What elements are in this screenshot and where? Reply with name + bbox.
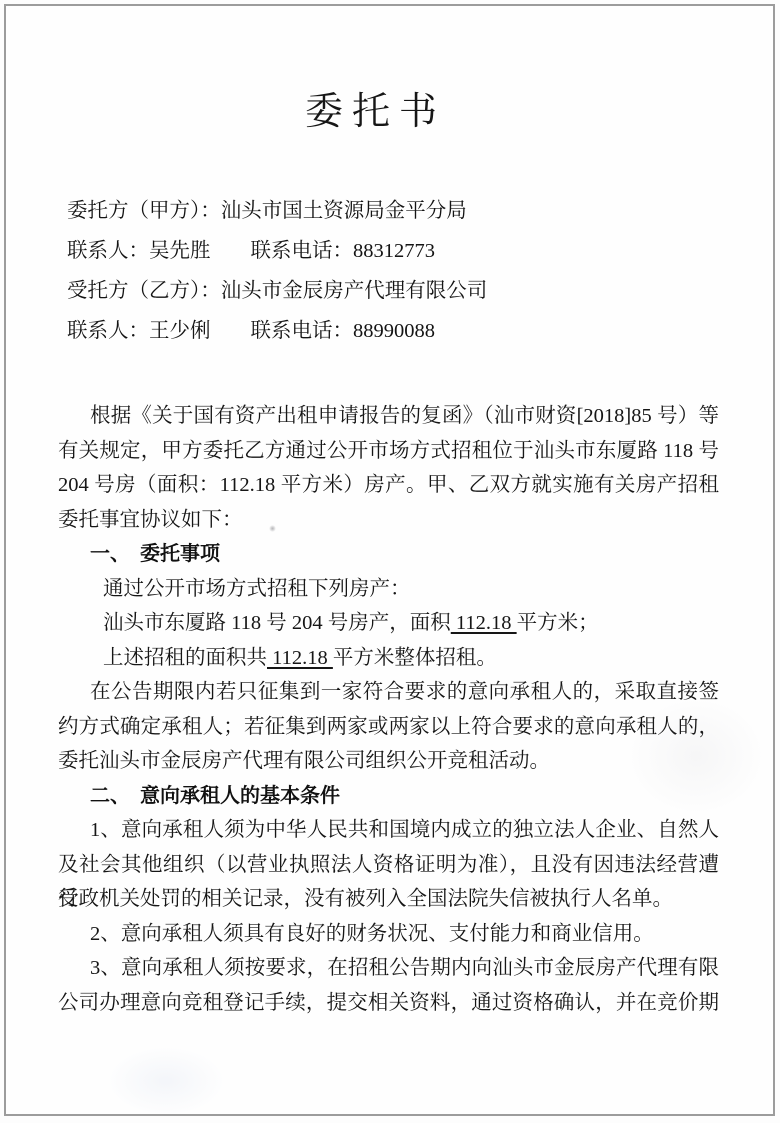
contact-phone-label: 联系电话： bbox=[251, 320, 354, 342]
contact-person-label: 联系人： bbox=[67, 240, 149, 262]
text-line: 行政机关处罚的相关记录，没有被列入全国法院失信被执行人名单。 bbox=[58, 882, 719, 917]
text-line: 1、意向承租人须为中华人民共和国境内成立的独立法人企业、自然人 bbox=[58, 813, 719, 848]
trustee-contact-line: 联系人：王少俐联系电话：88990088 bbox=[67, 311, 487, 351]
text-line: 有关规定，甲方委托乙方通过公开市场方式招租位于汕头市东厦路 118 号 bbox=[58, 434, 719, 469]
text-segment: 在公告期限内若只征集到一家符合要求的意向承租人的，采取直接签 bbox=[90, 681, 719, 703]
text-segment: 2、意向承租人须具有良好的财务状况、支付能力和商业信用。 bbox=[90, 923, 654, 945]
contact-person-label: 联系人： bbox=[67, 320, 149, 342]
text-line: 3、意向承租人须按要求，在招租公告期内向汕头市金辰房产代理有限 bbox=[58, 951, 719, 986]
text-segment: 上述招租的面积共 bbox=[103, 647, 267, 669]
contact-phone-number: 88312773 bbox=[353, 240, 435, 262]
document-page: 委托书 委托方（甲方）：汕头市国土资源局金平分局 联系人：吴先胜联系电话：883… bbox=[4, 4, 775, 1116]
text-segment: 平方米； bbox=[517, 612, 599, 634]
text-line: 委托汕头市金辰房产代理有限公司组织公开竞租活动。 bbox=[58, 744, 719, 779]
contact-phone-number: 88990088 bbox=[353, 320, 435, 342]
text-segment: 有关规定，甲方委托乙方通过公开市场方式招租位于汕头市东厦路 118 号 bbox=[58, 440, 719, 462]
text-segment: 3、意向承租人须按要求，在招租公告期内向汕头市金辰房产代理有限 bbox=[90, 957, 719, 979]
document-body: 根据《关于国有资产出租申请报告的复函》（汕市财资[2018]85 号）等有关规定… bbox=[58, 399, 719, 1020]
text-line: 约方式确定承租人；若征集到两家或两家以上符合要求的意向承租人的， bbox=[58, 710, 719, 745]
text-segment: 平方米整体招租。 bbox=[333, 647, 497, 669]
text-segment: 一、 委托事项 bbox=[90, 543, 220, 565]
consignor-line: 委托方（甲方）：汕头市国土资源局金平分局 bbox=[67, 191, 487, 231]
text-line: 204 号房（面积：112.18 平方米）房产。甲、乙双方就实施有关房产招租 bbox=[58, 468, 719, 503]
contact-phone-label: 联系电话： bbox=[251, 240, 354, 262]
scan-artifact bbox=[106, 1046, 226, 1116]
text-segment: 约方式确定承租人；若征集到两家或两家以上符合要求的意向承租人的， bbox=[58, 716, 719, 738]
consignor-label: 委托方（甲方）： bbox=[67, 200, 221, 222]
section-heading: 二、 意向承租人的基本条件 bbox=[58, 779, 719, 814]
trustee-name: 汕头市金辰房产代理有限公司 bbox=[221, 280, 488, 302]
trustee-label: 受托方（乙方）： bbox=[67, 280, 221, 302]
text-segment: 通过公开市场方式招租下列房产： bbox=[103, 578, 411, 600]
scanned-page-viewport: 委托书 委托方（甲方）：汕头市国土资源局金平分局 联系人：吴先胜联系电话：883… bbox=[0, 0, 780, 1123]
trustee-line: 受托方（乙方）：汕头市金辰房产代理有限公司 bbox=[67, 271, 487, 311]
consignor-contact-line: 联系人：吴先胜联系电话：88312773 bbox=[67, 231, 487, 271]
text-line: 上述招租的面积共 112.18 平方米整体招租。 bbox=[58, 641, 719, 676]
text-line: 委托事宜协议如下： bbox=[58, 503, 719, 538]
underlined-area-value: 112.18 bbox=[267, 647, 333, 669]
underlined-area-value: 112.18 bbox=[451, 612, 517, 634]
text-segment: 204 号房（面积：112.18 平方米）房产。甲、乙双方就实施有关房产招租 bbox=[58, 474, 719, 496]
text-segment: 行政机关处罚的相关记录，没有被列入全国法院失信被执行人名单。 bbox=[58, 888, 673, 910]
text-line: 公司办理意向竞租登记手续，提交相关资料，通过资格确认，并在竞价期 bbox=[58, 986, 719, 1021]
parties-block: 委托方（甲方）：汕头市国土资源局金平分局 联系人：吴先胜联系电话：8831277… bbox=[67, 191, 487, 351]
text-segment: 委托事宜协议如下： bbox=[58, 509, 243, 531]
text-line: 及社会其他组织（以营业执照法人资格证明为准），且没有因违法经营遭受 bbox=[58, 848, 719, 883]
text-line: 根据《关于国有资产出租申请报告的复函》（汕市财资[2018]85 号）等 bbox=[58, 399, 719, 434]
text-line: 在公告期限内若只征集到一家符合要求的意向承租人的，采取直接签 bbox=[58, 675, 719, 710]
document-title: 委托书 bbox=[0, 90, 759, 134]
section-heading: 一、 委托事项 bbox=[58, 537, 719, 572]
consignor-name: 汕头市国土资源局金平分局 bbox=[221, 200, 467, 222]
text-line: 汕头市东厦路 118 号 204 号房产，面积 112.18 平方米； bbox=[58, 606, 719, 641]
text-line: 2、意向承租人须具有良好的财务状况、支付能力和商业信用。 bbox=[58, 917, 719, 952]
contact-person-name: 王少俐 bbox=[149, 320, 211, 342]
text-segment: 1、意向承租人须为中华人民共和国境内成立的独立法人企业、自然人 bbox=[90, 819, 719, 841]
text-segment: 根据《关于国有资产出租申请报告的复函》（汕市财资[2018]85 号）等 bbox=[90, 405, 719, 427]
contact-person-name: 吴先胜 bbox=[149, 240, 211, 262]
text-line: 通过公开市场方式招租下列房产： bbox=[58, 572, 719, 607]
text-segment: 委托汕头市金辰房产代理有限公司组织公开竞租活动。 bbox=[58, 750, 550, 772]
text-segment: 公司办理意向竞租登记手续，提交相关资料，通过资格确认，并在竞价期 bbox=[58, 992, 719, 1014]
text-segment: 汕头市东厦路 118 号 204 号房产，面积 bbox=[103, 612, 451, 634]
text-segment: 二、 意向承租人的基本条件 bbox=[90, 785, 340, 807]
